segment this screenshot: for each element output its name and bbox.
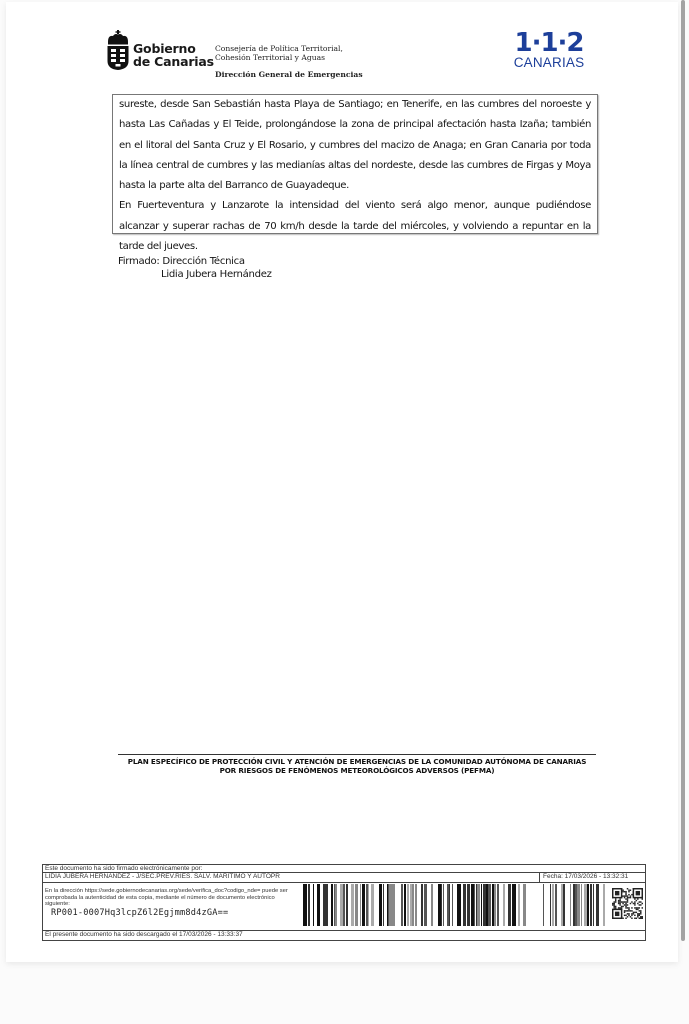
verification-text: En la dirección https://sede.gobiernodec… <box>45 888 297 916</box>
plan-title: PLAN ESPECÍFICO DE PROTECCIÓN CIVIL Y AT… <box>112 757 602 776</box>
forecast-text-box: sureste, desde San Sebastián hasta Playa… <box>112 94 598 234</box>
verification-row: En la dirección https://sede.gobiernodec… <box>42 882 646 931</box>
verification-instructions: En la dirección https://sede.gobiernodec… <box>45 888 297 908</box>
consejeria-line1: Consejería de Política Territorial, <box>215 44 343 53</box>
consejeria-line2: Cohesión Territorial y Aguas <box>215 53 343 62</box>
paragraph-islands: sureste, desde San Sebastián hasta Playa… <box>119 95 591 196</box>
scrollbar[interactable] <box>681 0 685 941</box>
footer-divider <box>118 754 596 755</box>
coat-of-arms-icon <box>106 30 130 70</box>
signer-name: Lidia Jubera Hernández <box>118 268 272 281</box>
csv-code: RP001-0007Hq3lcpZ6l2Egjmm8d4zGA== <box>45 910 297 917</box>
paragraph-fuerteventura-lanzarote: En Fuerteventura y Lanzarote la intensid… <box>119 196 591 257</box>
logo-112-number: 1·1·2 <box>513 29 585 57</box>
barcode-icon <box>301 884 609 926</box>
consejeria: Consejería de Política Territorial, Cohe… <box>215 44 343 62</box>
logo-112-sub: CANARIAS <box>513 56 585 70</box>
electronic-signature-box: Este documento ha sido firmado electróni… <box>42 864 646 942</box>
government-name: Gobierno de Canarias <box>133 42 214 68</box>
signature-date: Fecha: 17/03/2026 - 13:32:31 <box>539 872 645 882</box>
signature-block: Firmado: Dirección Técnica Lidia Jubera … <box>118 255 272 281</box>
qr-code-icon <box>612 888 643 919</box>
plan-title-line1: PLAN ESPECÍFICO DE PROTECCIÓN CIVIL Y AT… <box>112 757 602 766</box>
downloaded-note: El presente documento ha sido descargado… <box>42 930 646 941</box>
signed-by: Firmado: Dirección Técnica <box>118 255 272 268</box>
direccion-general: Dirección General de Emergencias <box>215 70 363 79</box>
plan-title-line2: POR RIESGOS DE FENÓMENOS METEOROLÓGICOS … <box>112 766 602 775</box>
logo-112-canarias: 1·1·2 CANARIAS <box>513 29 585 70</box>
gov-name-line2: de Canarias <box>133 55 214 68</box>
signer-info: LIDIA JUBERA HERNANDEZ - J/SEC.PREV.RIES… <box>45 873 280 880</box>
